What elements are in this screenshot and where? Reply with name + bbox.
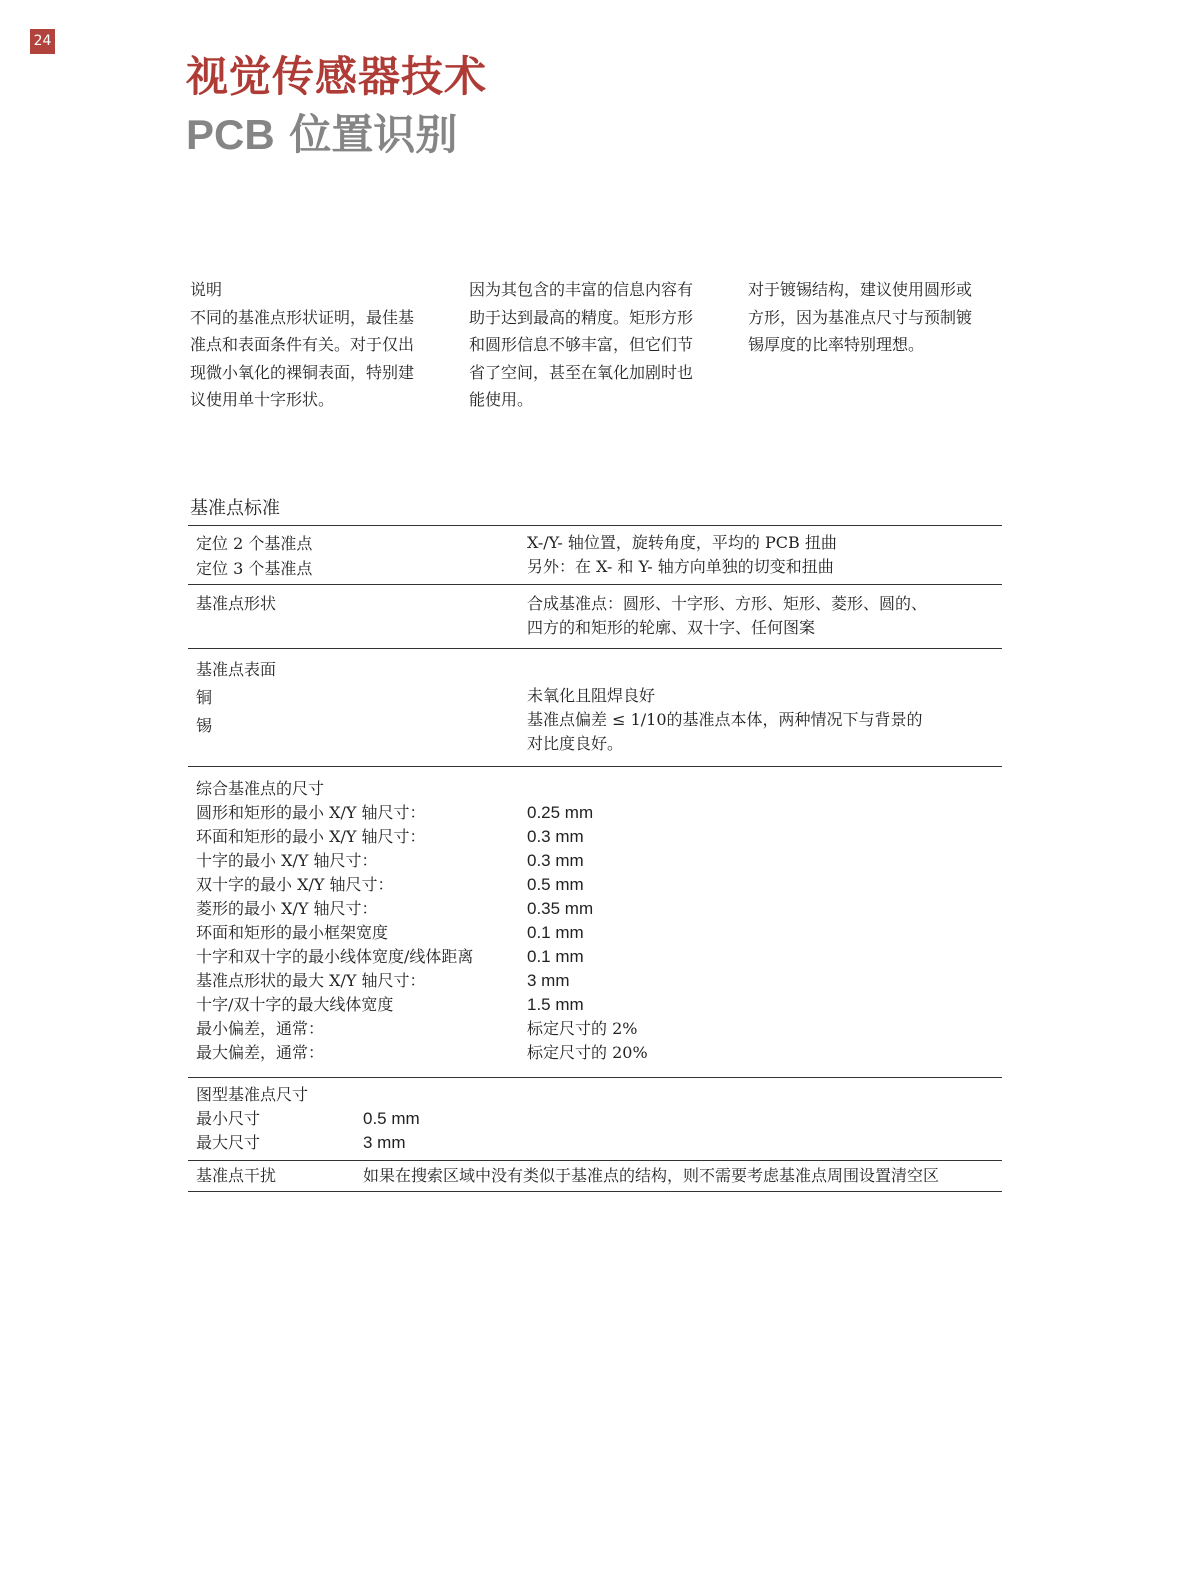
page-number-badge: 24 <box>30 29 55 54</box>
spec-row-surface: 基准点表面 铜 锡 未氧化且阻焊良好 基准点偏差 ≤ 1/10的基准点本体，两种… <box>188 648 1002 766</box>
spec-row-pattern: 图型基准点尺寸 最小尺寸0.5 mm 最大尺寸3 mm <box>188 1077 1002 1160</box>
intro-line: 对于镀锡结构，建议使用圆形或 <box>748 276 1001 304</box>
intro-line: 议使用单十字形状。 <box>190 386 443 414</box>
composite-item: 十字和双十字的最小线体宽度/线体距离0.1 mm <box>188 945 1002 969</box>
pattern-item: 最大尺寸3 mm <box>188 1131 1002 1155</box>
intro-line: 和圆形信息不够丰富，但它们节 <box>469 331 722 359</box>
pattern-item: 最小尺寸0.5 mm <box>188 1107 1002 1131</box>
spec-label: 圆形和矩形的最小 X/Y 轴尺寸： <box>188 801 527 825</box>
subtitle-cjk: 位置识别 <box>289 110 457 159</box>
spec-subheading: 图型基准点尺寸 <box>188 1083 1002 1107</box>
intro-line: 省了空间，甚至在氧化加剧时也 <box>469 359 722 387</box>
spec-value-cell: 未氧化且阻焊良好 基准点偏差 ≤ 1/10的基准点本体，两种情况下与背景的 对比… <box>527 656 1002 756</box>
spec-row-composite: 综合基准点的尺寸 圆形和矩形的最小 X/Y 轴尺寸：0.25 mm 环面和矩形的… <box>188 766 1002 1077</box>
composite-item: 基准点形状的最大 X/Y 轴尺寸：3 mm <box>188 969 1002 993</box>
composite-item: 双十字的最小 X/Y 轴尺寸：0.5 mm <box>188 873 1002 897</box>
spec-value: 0.1 mm <box>527 945 1002 969</box>
subtitle-latin: PCB <box>186 111 275 158</box>
spec-label: 铜 <box>196 684 527 712</box>
spec-label: 最大偏差，通常： <box>188 1041 527 1065</box>
spec-label: 环面和矩形的最小 X/Y 轴尺寸： <box>188 825 527 849</box>
spec-label: 最小尺寸 <box>188 1107 363 1131</box>
pattern-block: 图型基准点尺寸 最小尺寸0.5 mm 最大尺寸3 mm <box>188 1083 1002 1155</box>
composite-item: 最大偏差，通常：标定尺寸的 20% <box>188 1041 1002 1065</box>
spec-value: 0.25 mm <box>527 801 1002 825</box>
intro-text: 说明 不同的基准点形状证明，最佳基 准点和表面条件有关。对于仅出 现微小氧化的裸… <box>190 276 1002 414</box>
composite-item: 十字/双十字的最大线体宽度1.5 mm <box>188 993 1002 1017</box>
intro-column-3: 对于镀锡结构，建议使用圆形或 方形，因为基准点尺寸与预制镀 锡厚度的比率特别理想… <box>748 276 1001 414</box>
spec-label-cell: 定位 2 个基准点 定位 3 个基准点 <box>188 531 527 581</box>
composite-item: 菱形的最小 X/Y 轴尺寸：0.35 mm <box>188 897 1002 921</box>
intro-column-1: 说明 不同的基准点形状证明，最佳基 准点和表面条件有关。对于仅出 现微小氧化的裸… <box>190 276 443 414</box>
spec-label-cell: 基准点表面 铜 锡 <box>188 656 527 756</box>
spec-value-cell: 合成基准点：圆形、十字形、方形、矩形、菱形、圆的、 四方的和矩形的轮廓、双十字、… <box>527 592 1002 640</box>
intro-line: 助于达到最高的精度。矩形方形 <box>469 304 722 332</box>
spec-value: 另外：在 X- 和 Y- 轴方向单独的切变和扭曲 <box>527 555 1002 579</box>
spec-row-interference: 基准点干扰 如果在搜索区域中没有类似于基准点的结构，则不需要考虑基准点周围设置清… <box>188 1160 1002 1192</box>
spec-value: 对比度良好。 <box>527 732 1002 756</box>
intro-line: 锡厚度的比率特别理想。 <box>748 331 1001 359</box>
spec-label: 十字/双十字的最大线体宽度 <box>188 993 527 1017</box>
spec-value-cell: X-/Y- 轴位置，旋转角度，平均的 PCB 扭曲 另外：在 X- 和 Y- 轴… <box>527 531 1002 581</box>
spec-value: 基准点偏差 ≤ 1/10的基准点本体，两种情况下与背景的 <box>527 708 1002 732</box>
spec-value: 0.35 mm <box>527 897 1002 921</box>
spec-value: 四方的和矩形的轮廓、双十字、任何图案 <box>527 616 1002 640</box>
page-subtitle: PCB 位置识别 <box>186 108 457 162</box>
spec-value: X-/Y- 轴位置，旋转角度，平均的 PCB 扭曲 <box>527 531 1002 555</box>
spec-value: 合成基准点：圆形、十字形、方形、矩形、菱形、圆的、 <box>527 592 1002 616</box>
page-title: 视觉传感器技术 <box>186 50 487 104</box>
spec-value: 0.3 mm <box>527 825 1002 849</box>
spec-value: 0.5 mm <box>527 873 1002 897</box>
intro-line: 因为其包含的丰富的信息内容有 <box>469 276 722 304</box>
spec-value: 3 mm <box>527 969 1002 993</box>
intro-line: 能使用。 <box>469 386 722 414</box>
spec-value: 1.5 mm <box>527 993 1002 1017</box>
spec-label: 定位 2 个基准点 <box>196 531 527 556</box>
spec-label: 锡 <box>196 712 527 740</box>
spec-label: 定位 3 个基准点 <box>196 556 527 581</box>
spec-label: 基准点形状的最大 X/Y 轴尺寸： <box>188 969 527 993</box>
spec-label-cell: 基准点形状 <box>188 592 527 640</box>
spec-label: 菱形的最小 X/Y 轴尺寸： <box>188 897 527 921</box>
intro-line: 现微小氧化的裸铜表面，特别建 <box>190 359 443 387</box>
intro-column-2: 因为其包含的丰富的信息内容有 助于达到最高的精度。矩形方形 和圆形信息不够丰富，… <box>469 276 722 414</box>
composite-item: 环面和矩形的最小框架宽度0.1 mm <box>188 921 1002 945</box>
spec-value: 0.1 mm <box>527 921 1002 945</box>
spec-label: 十字的最小 X/Y 轴尺寸： <box>188 849 527 873</box>
spec-value: 如果在搜索区域中没有类似于基准点的结构，则不需要考虑基准点周围设置清空区 <box>363 1164 1002 1188</box>
intro-line: 方形，因为基准点尺寸与预制镀 <box>748 304 1001 332</box>
composite-item: 最小偏差，通常：标定尺寸的 2% <box>188 1017 1002 1041</box>
spec-subheading: 综合基准点的尺寸 <box>188 777 1002 801</box>
spec-label: 环面和矩形的最小框架宽度 <box>188 921 527 945</box>
intro-line: 不同的基准点形状证明，最佳基 <box>190 304 443 332</box>
fiducial-spec-table: 定位 2 个基准点 定位 3 个基准点 X-/Y- 轴位置，旋转角度，平均的 P… <box>188 525 1002 1192</box>
spec-label: 双十字的最小 X/Y 轴尺寸： <box>188 873 527 897</box>
spec-value: 0.3 mm <box>527 849 1002 873</box>
spec-label: 基准点形状 <box>196 592 527 616</box>
spec-row-positioning: 定位 2 个基准点 定位 3 个基准点 X-/Y- 轴位置，旋转角度，平均的 P… <box>188 525 1002 584</box>
composite-block: 综合基准点的尺寸 圆形和矩形的最小 X/Y 轴尺寸：0.25 mm 环面和矩形的… <box>188 777 1002 1065</box>
spec-value: 未氧化且阻焊良好 <box>527 684 1002 708</box>
spec-label: 最小偏差，通常： <box>188 1017 527 1041</box>
spec-value: 3 mm <box>363 1131 1002 1155</box>
spec-value: 标定尺寸的 20% <box>527 1041 1002 1065</box>
spec-value: 0.5 mm <box>363 1107 1002 1131</box>
spec-subheading: 基准点表面 <box>196 656 527 684</box>
spec-label: 最大尺寸 <box>188 1131 363 1155</box>
composite-item: 圆形和矩形的最小 X/Y 轴尺寸：0.25 mm <box>188 801 1002 825</box>
spec-row-shape: 基准点形状 合成基准点：圆形、十字形、方形、矩形、菱形、圆的、 四方的和矩形的轮… <box>188 584 1002 648</box>
intro-line: 准点和表面条件有关。对于仅出 <box>190 331 443 359</box>
spec-value: 标定尺寸的 2% <box>527 1017 1002 1041</box>
spec-label: 十字和双十字的最小线体宽度/线体距离 <box>188 945 527 969</box>
composite-item: 环面和矩形的最小 X/Y 轴尺寸：0.3 mm <box>188 825 1002 849</box>
spec-label: 基准点干扰 <box>188 1164 363 1188</box>
composite-item: 十字的最小 X/Y 轴尺寸：0.3 mm <box>188 849 1002 873</box>
section-heading: 基准点标准 <box>190 494 280 520</box>
intro-heading: 说明 <box>190 276 443 304</box>
